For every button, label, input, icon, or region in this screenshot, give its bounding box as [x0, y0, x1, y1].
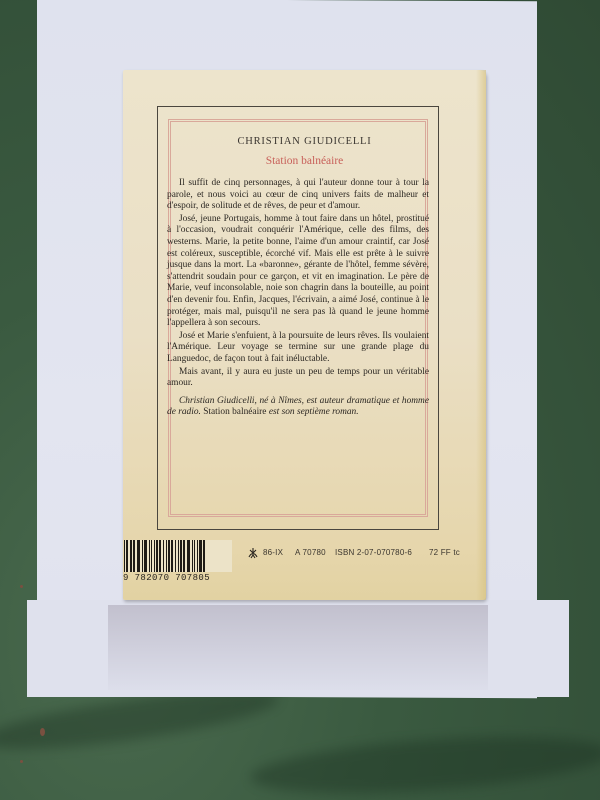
blurb-text: Il suffit de cinq personnages, à qui l'a…: [167, 178, 429, 420]
bio-text: est son septième roman.: [266, 407, 358, 417]
gallimard-pegasus-logo-icon: [247, 547, 259, 559]
author-bio: Christian Giudicelli, né à Nîmes, est au…: [167, 396, 429, 419]
debris-speck: [40, 728, 45, 736]
blurb-paragraph: José, jeune Portugais, homme à tout fair…: [167, 214, 429, 330]
isbn: ISBN 2-07-070780-6: [335, 548, 412, 557]
cloth-fold: [249, 728, 600, 800]
catalog-number: A 70780: [295, 548, 326, 557]
cover-footer: 9 782070 707805 86-IX A 70780 ISBN 2-07-…: [123, 540, 486, 580]
collection-code: 86-IX: [263, 548, 283, 557]
page-edge: [476, 70, 486, 600]
author-name: CHRISTIAN GIUDICELLI: [123, 136, 486, 147]
book-title: Station balnéaire: [123, 155, 486, 167]
debris-speck: [20, 760, 23, 763]
debris-speck: [20, 585, 23, 588]
book-shadow: [108, 605, 488, 690]
price: 72 FF tc: [429, 548, 460, 557]
barcode-digits: 9 782070 707805: [123, 573, 210, 583]
blurb-paragraph: Il suffit de cinq personnages, à qui l'a…: [167, 178, 429, 213]
book-back-cover: CHRISTIAN GIUDICELLI Station balnéaire I…: [123, 70, 486, 600]
bio-book-title: Station balnéaire: [203, 407, 266, 417]
blurb-paragraph: Mais avant, il y aura eu juste un peu de…: [167, 367, 429, 390]
barcode: [124, 540, 232, 572]
blurb-paragraph: José et Marie s'enfuient, à la poursuite…: [167, 331, 429, 366]
